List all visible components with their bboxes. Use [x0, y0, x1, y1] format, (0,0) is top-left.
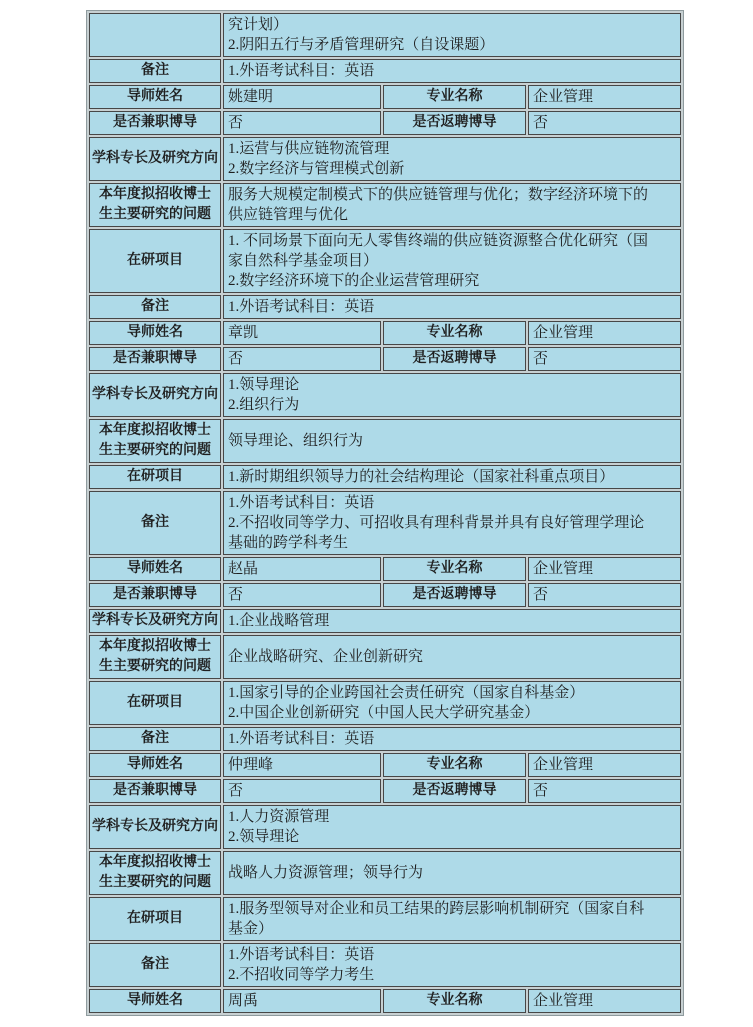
supervisor-table: 究计划） 2.阴阳五行与矛盾管理研究（自设课题） 备注 1.外语考试科目：英语 … [86, 10, 684, 1016]
supervisor-name: 周禹 [223, 989, 381, 1013]
row-label: 学科专长及研究方向 [89, 373, 221, 417]
adjunct-value: 否 [223, 347, 381, 371]
row-label: 本年度拟招收博士 生主要研究的问题 [89, 419, 221, 463]
row-label: 专业名称 [383, 321, 526, 345]
row-value: 1.人力资源管理 2.领导理论 [223, 805, 681, 849]
adjunct-status-row: 是否兼职博导 否 是否返聘博导 否 [89, 347, 681, 371]
row-label: 是否返聘博导 [383, 779, 526, 803]
row-label: 是否返聘博导 [383, 347, 526, 371]
row-label: 本年度拟招收博士 生主要研究的问题 [89, 851, 221, 895]
research-topics-row: 本年度拟招收博士 生主要研究的问题 领导理论、组织行为 [89, 419, 681, 463]
projects-row: 在研项目 1.新时期组织领导力的社会结构理论（国家社科重点项目） [89, 465, 681, 489]
row-value: 领导理论、组织行为 [223, 419, 681, 463]
row-label: 专业名称 [383, 557, 526, 581]
adjunct-status-row: 是否兼职博导 否 是否返聘博导 否 [89, 111, 681, 135]
row-label: 本年度拟招收博士 生主要研究的问题 [89, 183, 221, 227]
specialty-row: 学科专长及研究方向 1.人力资源管理 2.领导理论 [89, 805, 681, 849]
major-name: 企业管理 [528, 85, 681, 109]
major-name: 企业管理 [528, 989, 681, 1013]
specialty-row: 学科专长及研究方向 1.企业战略管理 [89, 609, 681, 633]
projects-row: 在研项目 1.国家引导的企业跨国社会责任研究（国家自科基金） 2.中国企业创新研… [89, 681, 681, 725]
supervisor-name: 章凯 [223, 321, 381, 345]
row-label: 专业名称 [383, 989, 526, 1013]
row-label: 备注 [89, 727, 221, 751]
row-label: 导师姓名 [89, 321, 221, 345]
continuation-row: 究计划） 2.阴阳五行与矛盾管理研究（自设课题） [89, 13, 681, 57]
row-label: 在研项目 [89, 897, 221, 941]
row-label: 导师姓名 [89, 753, 221, 777]
remarks-row: 备注 1.外语考试科目：英语 2.不招收同等学力、可招收具有理科背景并具有良好管… [89, 491, 681, 555]
row-value: 1.新时期组织领导力的社会结构理论（国家社科重点项目） [223, 465, 681, 489]
projects-row: 在研项目 1. 不同场景下面向无人零售终端的供应链资源整合优化研究（国 家自然科… [89, 229, 681, 293]
projects-row: 在研项目 1.服务型领导对企业和员工结果的跨层影响机制研究（国家自科 基金） [89, 897, 681, 941]
row-label: 在研项目 [89, 465, 221, 489]
rehired-value: 否 [528, 347, 681, 371]
document-page: 究计划） 2.阴阳五行与矛盾管理研究（自设课题） 备注 1.外语考试科目：英语 … [0, 0, 753, 1016]
row-label: 专业名称 [383, 85, 526, 109]
row-value: 1.国家引导的企业跨国社会责任研究（国家自科基金） 2.中国企业创新研究（中国人… [223, 681, 681, 725]
major-name: 企业管理 [528, 321, 681, 345]
rehired-value: 否 [528, 583, 681, 607]
row-label: 导师姓名 [89, 85, 221, 109]
row-value: 1.企业战略管理 [223, 609, 681, 633]
adjunct-value: 否 [223, 779, 381, 803]
row-label: 是否返聘博导 [383, 583, 526, 607]
row-value: 1.外语考试科目：英语 [223, 59, 681, 83]
supervisor-name: 仲理峰 [223, 753, 381, 777]
row-value: 1.领导理论 2.组织行为 [223, 373, 681, 417]
row-label: 备注 [89, 943, 221, 987]
supervisor-name-row: 导师姓名 章凯 专业名称 企业管理 [89, 321, 681, 345]
remarks-row: 备注 1.外语考试科目：英语 [89, 59, 681, 83]
supervisor-name-row: 导师姓名 姚建明 专业名称 企业管理 [89, 85, 681, 109]
remarks-row: 备注 1.外语考试科目：英语 [89, 727, 681, 751]
row-label: 本年度拟招收博士 生主要研究的问题 [89, 635, 221, 679]
supervisor-name-row: 导师姓名 赵晶 专业名称 企业管理 [89, 557, 681, 581]
remarks-row: 备注 1.外语考试科目：英语 2.不招收同等学力考生 [89, 943, 681, 987]
major-name: 企业管理 [528, 557, 681, 581]
row-value: 1.外语考试科目：英语 2.不招收同等学力考生 [223, 943, 681, 987]
row-value: 服务大规模定制模式下的供应链管理与优化；数字经济环境下的 供应链管理与优化 [223, 183, 681, 227]
remarks-row: 备注 1.外语考试科目：英语 [89, 295, 681, 319]
row-value: 1.运营与供应链物流管理 2.数字经济与管理模式创新 [223, 137, 681, 181]
row-value: 1.外语考试科目：英语 [223, 295, 681, 319]
row-label: 学科专长及研究方向 [89, 805, 221, 849]
row-value: 1.外语考试科目：英语 [223, 727, 681, 751]
row-label: 备注 [89, 491, 221, 555]
row-value: 究计划） 2.阴阳五行与矛盾管理研究（自设课题） [223, 13, 681, 57]
row-label: 学科专长及研究方向 [89, 609, 221, 633]
row-label: 导师姓名 [89, 989, 221, 1013]
supervisor-name-row: 导师姓名 仲理峰 专业名称 企业管理 [89, 753, 681, 777]
row-label: 是否兼职博导 [89, 583, 221, 607]
research-topics-row: 本年度拟招收博士 生主要研究的问题 战略人力资源管理；领导行为 [89, 851, 681, 895]
row-label: 在研项目 [89, 681, 221, 725]
row-value: 1.服务型领导对企业和员工结果的跨层影响机制研究（国家自科 基金） [223, 897, 681, 941]
major-name: 企业管理 [528, 753, 681, 777]
row-label: 专业名称 [383, 753, 526, 777]
adjunct-status-row: 是否兼职博导 否 是否返聘博导 否 [89, 583, 681, 607]
row-label: 备注 [89, 59, 221, 83]
adjunct-value: 否 [223, 583, 381, 607]
research-topics-row: 本年度拟招收博士 生主要研究的问题 服务大规模定制模式下的供应链管理与优化；数字… [89, 183, 681, 227]
adjunct-value: 否 [223, 111, 381, 135]
specialty-row: 学科专长及研究方向 1.领导理论 2.组织行为 [89, 373, 681, 417]
supervisor-name: 赵晶 [223, 557, 381, 581]
row-label [89, 13, 221, 57]
rehired-value: 否 [528, 779, 681, 803]
row-value: 1. 不同场景下面向无人零售终端的供应链资源整合优化研究（国 家自然科学基金项目… [223, 229, 681, 293]
row-label: 备注 [89, 295, 221, 319]
rehired-value: 否 [528, 111, 681, 135]
supervisor-name-row: 导师姓名 周禹 专业名称 企业管理 [89, 989, 681, 1013]
row-label: 导师姓名 [89, 557, 221, 581]
research-topics-row: 本年度拟招收博士 生主要研究的问题 企业战略研究、企业创新研究 [89, 635, 681, 679]
row-value: 企业战略研究、企业创新研究 [223, 635, 681, 679]
adjunct-status-row: 是否兼职博导 否 是否返聘博导 否 [89, 779, 681, 803]
row-label: 是否兼职博导 [89, 347, 221, 371]
row-value: 战略人力资源管理；领导行为 [223, 851, 681, 895]
specialty-row: 学科专长及研究方向 1.运营与供应链物流管理 2.数字经济与管理模式创新 [89, 137, 681, 181]
row-value: 1.外语考试科目：英语 2.不招收同等学力、可招收具有理科背景并具有良好管理学理… [223, 491, 681, 555]
row-label: 是否返聘博导 [383, 111, 526, 135]
row-label: 是否兼职博导 [89, 779, 221, 803]
row-label: 学科专长及研究方向 [89, 137, 221, 181]
supervisor-name: 姚建明 [223, 85, 381, 109]
row-label: 是否兼职博导 [89, 111, 221, 135]
row-label: 在研项目 [89, 229, 221, 293]
